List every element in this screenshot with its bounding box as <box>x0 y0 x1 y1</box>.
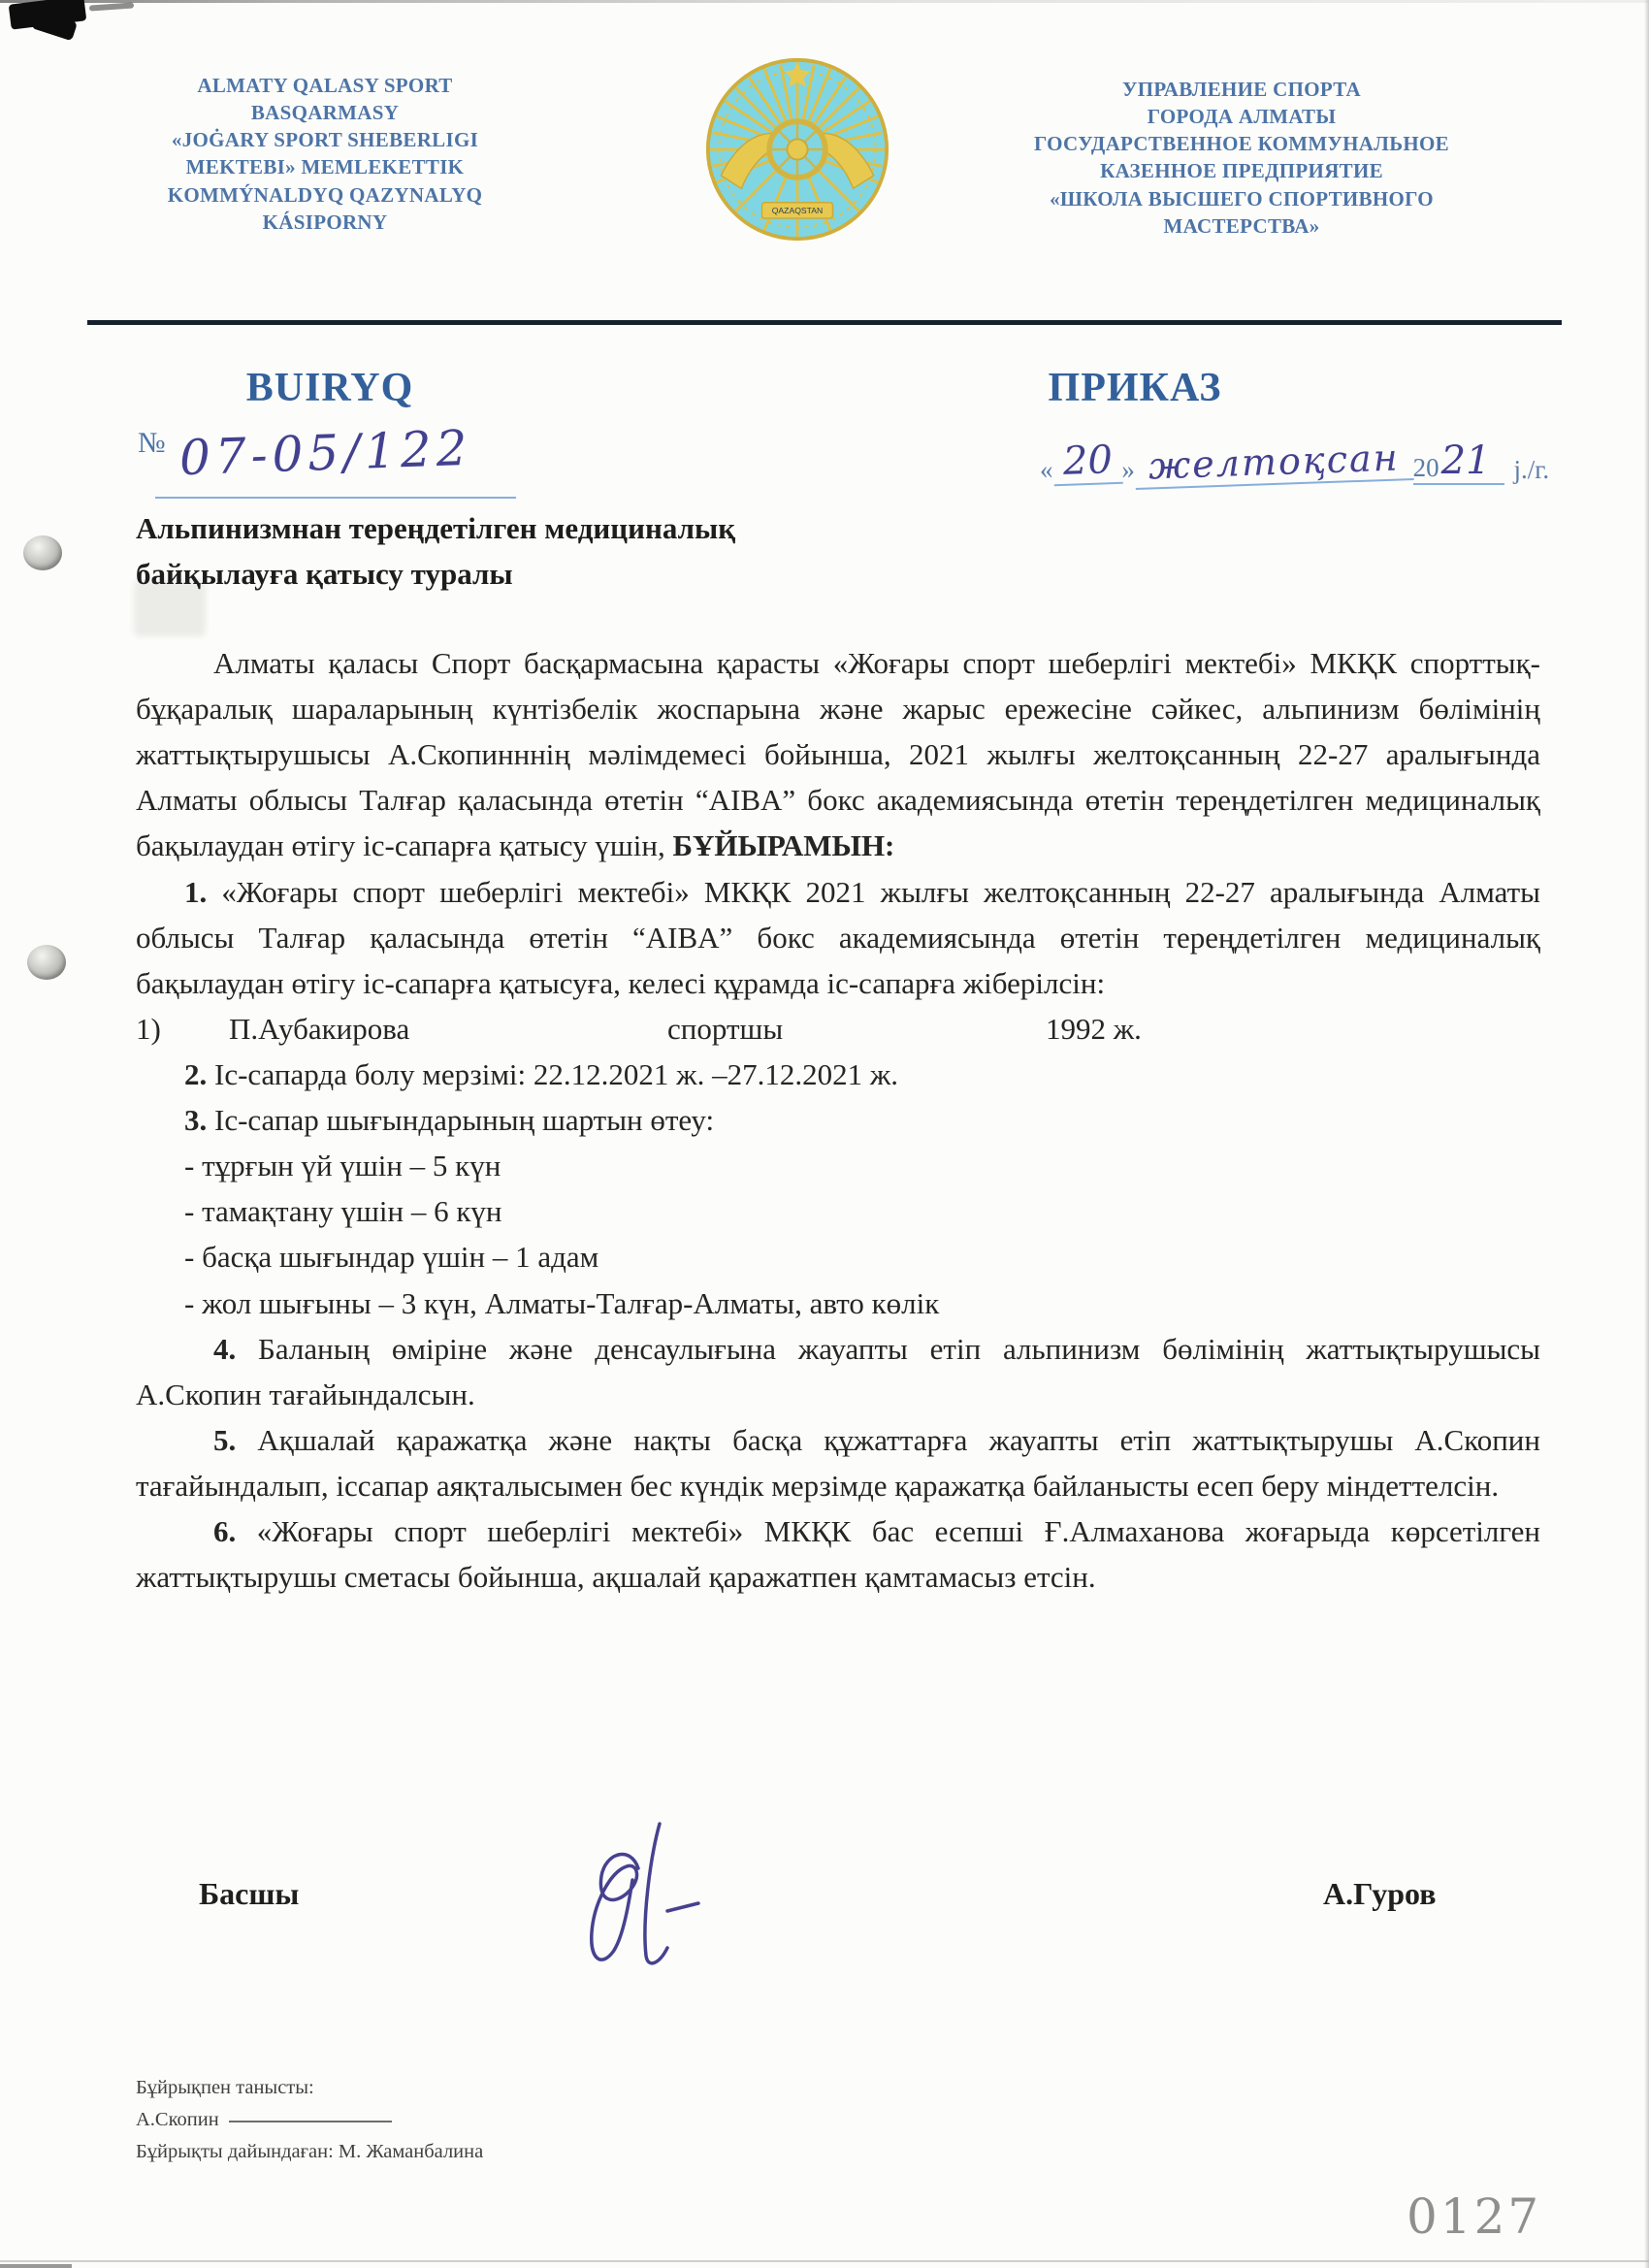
org-line: МАСТЕРСТВА» <box>960 212 1523 240</box>
item-text: Іс-сапарда болу мерзімі: 22.12.2021 ж. –… <box>207 1057 898 1091</box>
org-line: MEKTEBI» MEMLEKETTIK <box>136 153 514 180</box>
org-name-russian: УПРАВЛЕНИЕ СПОРТА ГОРОДА АЛМАТЫ ГОСУДАРС… <box>960 76 1523 240</box>
item-text: Іс-сапар шығындарының шартын өтеу: <box>207 1103 714 1137</box>
roster-index: 1) <box>136 1006 229 1052</box>
roster-year: 1992 ж. <box>1046 1006 1540 1052</box>
item-text: «Жоғары спорт шеберлігі мектебі» МКҚК 20… <box>136 875 1540 1000</box>
order-body: Алматы қаласы Спорт басқармасына қарасты… <box>136 640 1540 1600</box>
expense-line: - тұрғын үй үшін – 5 күн <box>136 1143 1540 1188</box>
org-line: KÁSIPORNY <box>136 209 514 236</box>
scan-right-edge-artifact <box>1644 0 1649 2268</box>
scan-ink-blot-artifact <box>89 2 134 11</box>
item-text: «Жоғары спорт шеберлігі мектебі» МКҚК ба… <box>136 1514 1540 1594</box>
item-number: 3. <box>184 1103 207 1137</box>
header-divider-rule <box>87 320 1562 325</box>
order-item-2: 2. Іс-сапарда болу мерзімі: 22.12.2021 ж… <box>136 1052 1540 1097</box>
org-name-kazakh-latin: ALMATY QALASY SPORT BASQARMASY «JOĠARY S… <box>136 72 514 236</box>
order-item-5: 5. Ақшалай қаражатқа және нақты басқа құ… <box>136 1417 1540 1508</box>
footer-block: Бұйрықпен танысты: А.Скопин Бұйрықты дай… <box>136 2072 483 2169</box>
emblem-banner-text: QAZAQSTAN <box>772 206 824 215</box>
item-number: 6. <box>213 1514 236 1548</box>
item-number: 5. <box>213 1423 236 1457</box>
expense-line: - басқа шығындар үшін – 1 адам <box>136 1234 1540 1280</box>
org-line: KOMMÝNALDYQ QAZYNALYQ <box>136 181 514 209</box>
footer-prepared-by: Бұйрықты дайындаған: М. Жаманбалина <box>136 2136 483 2168</box>
kazakhstan-coat-of-arms-icon: QAZAQSTAN <box>704 56 890 243</box>
org-line: ГОРОДА АЛМАТЫ <box>960 103 1523 130</box>
footer-acquainted-line: А.Скопин <box>136 2104 483 2136</box>
item-text: Ақшалай қаражатқа және нақты басқа құжат… <box>136 1423 1540 1503</box>
hole-punch-mark <box>23 535 62 570</box>
date-close-quote: » <box>1121 455 1135 485</box>
order-item-4: 4. Баланың өміріне және денсаулығына жау… <box>136 1326 1540 1417</box>
signature-ink-icon <box>545 1812 778 1982</box>
org-line: ALMATY QALASY SPORT <box>136 72 514 99</box>
org-line: ГОСУДАРСТВЕННОЕ КОММУНАЛЬНОЕ <box>960 130 1523 157</box>
order-subject: Альпинизмнан тереңдетілген медициналық б… <box>136 506 931 597</box>
roster-name: П.Аубакирова <box>229 1006 667 1052</box>
order-number-underline <box>155 497 516 499</box>
date-year-handwritten: 21 <box>1439 438 1504 485</box>
page-number-stamp: 0127 <box>1406 2188 1541 2245</box>
hole-punch-mark <box>27 945 66 980</box>
footer-acquainted-name: А.Скопин <box>136 2109 219 2130</box>
org-line: BASQARMASY <box>136 99 514 126</box>
scanned-order-document: ALMATY QALASY SPORT BASQARMASY «JOĠARY S… <box>0 0 1649 2268</box>
date-suffix: j./г. <box>1514 455 1550 485</box>
footer-signature-line <box>229 2121 392 2122</box>
footer-acquainted-label: Бұйрықпен танысты: <box>136 2072 483 2104</box>
roster-row: 1) П.Аубакирова спортшы 1992 ж. <box>136 1006 1540 1052</box>
signatory-name: А.Гуров <box>1323 1876 1437 1912</box>
item-number: 2. <box>184 1057 207 1091</box>
org-line: КАЗЕННОЕ ПРЕДПРИЯТИЕ <box>960 157 1523 184</box>
expense-line: - жол шығыны – 3 күн, Алматы-Талғар-Алма… <box>136 1280 1540 1326</box>
item-number: 1. <box>184 875 207 909</box>
scan-bottom-corner-artifact <box>0 2264 72 2268</box>
scan-bottom-edge-artifact <box>0 2260 1649 2262</box>
scan-top-edge-artifact <box>0 0 1649 3</box>
date-day-handwritten: 20 <box>1052 437 1123 486</box>
order-item-6: 6. «Жоғары спорт шеберлігі мектебі» МКҚК… <box>136 1508 1540 1600</box>
item-number: 4. <box>213 1332 236 1366</box>
order-item-1: 1. «Жоғары спорт шеберлігі мектебі» МКҚК… <box>136 869 1540 1006</box>
roster-role: спортшы <box>667 1006 1046 1052</box>
date-year-printed: 20 <box>1413 453 1439 485</box>
order-number-handwritten: 07-05/122 <box>178 420 472 486</box>
order-number-line: № 07-05/122 <box>138 425 471 481</box>
intro-resolution-word: БҰЙЫРАМЫН: <box>672 828 894 862</box>
org-line: УПРАВЛЕНИЕ СПОРТА <box>960 76 1523 103</box>
signatory-position: Басшы <box>199 1876 299 1912</box>
order-title-kazakh: BUIRYQ <box>204 365 456 411</box>
org-line: «JOĠARY SPORT SHEBERLIGI <box>136 126 514 153</box>
order-intro-paragraph: Алматы қаласы Спорт басқармасына қарасты… <box>136 640 1540 869</box>
item-text: Баланың өміріне және денсаулығына жауапт… <box>136 1332 1540 1411</box>
date-month-handwritten: желтоқсан <box>1134 436 1413 490</box>
expense-line: - тамақтану үшін – 6 күн <box>136 1188 1540 1234</box>
order-number-label: № <box>138 427 166 459</box>
order-item-3: 3. Іс-сапар шығындарының шартын өтеу: <box>136 1097 1540 1143</box>
org-line: «ШКОЛА ВЫСШЕГО СПОРТИВНОГО <box>960 185 1523 212</box>
date-open-quote: « <box>1040 455 1053 485</box>
order-date-line: « 20 » желтоқсан 20 21 j./г. <box>1040 438 1549 485</box>
order-title-russian: ПРИКАЗ <box>1009 365 1261 411</box>
